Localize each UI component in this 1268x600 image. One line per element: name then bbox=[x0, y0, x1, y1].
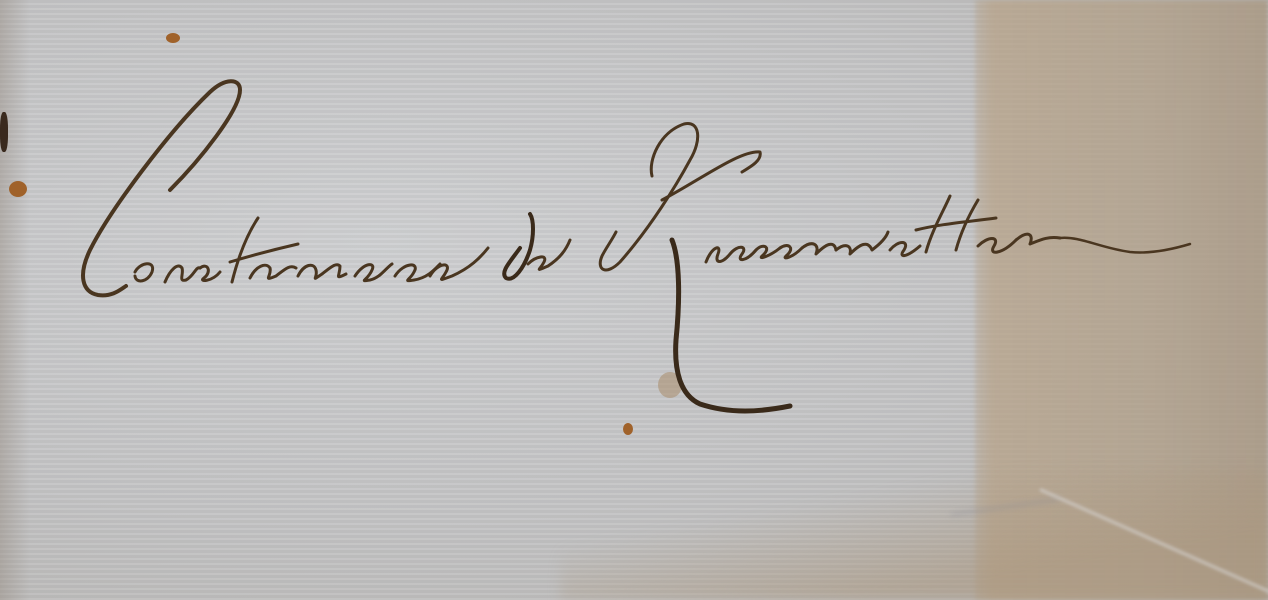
signature-photo: Constance de Kiesenwetter bbox=[0, 0, 1268, 600]
signature-ink bbox=[0, 0, 1268, 600]
